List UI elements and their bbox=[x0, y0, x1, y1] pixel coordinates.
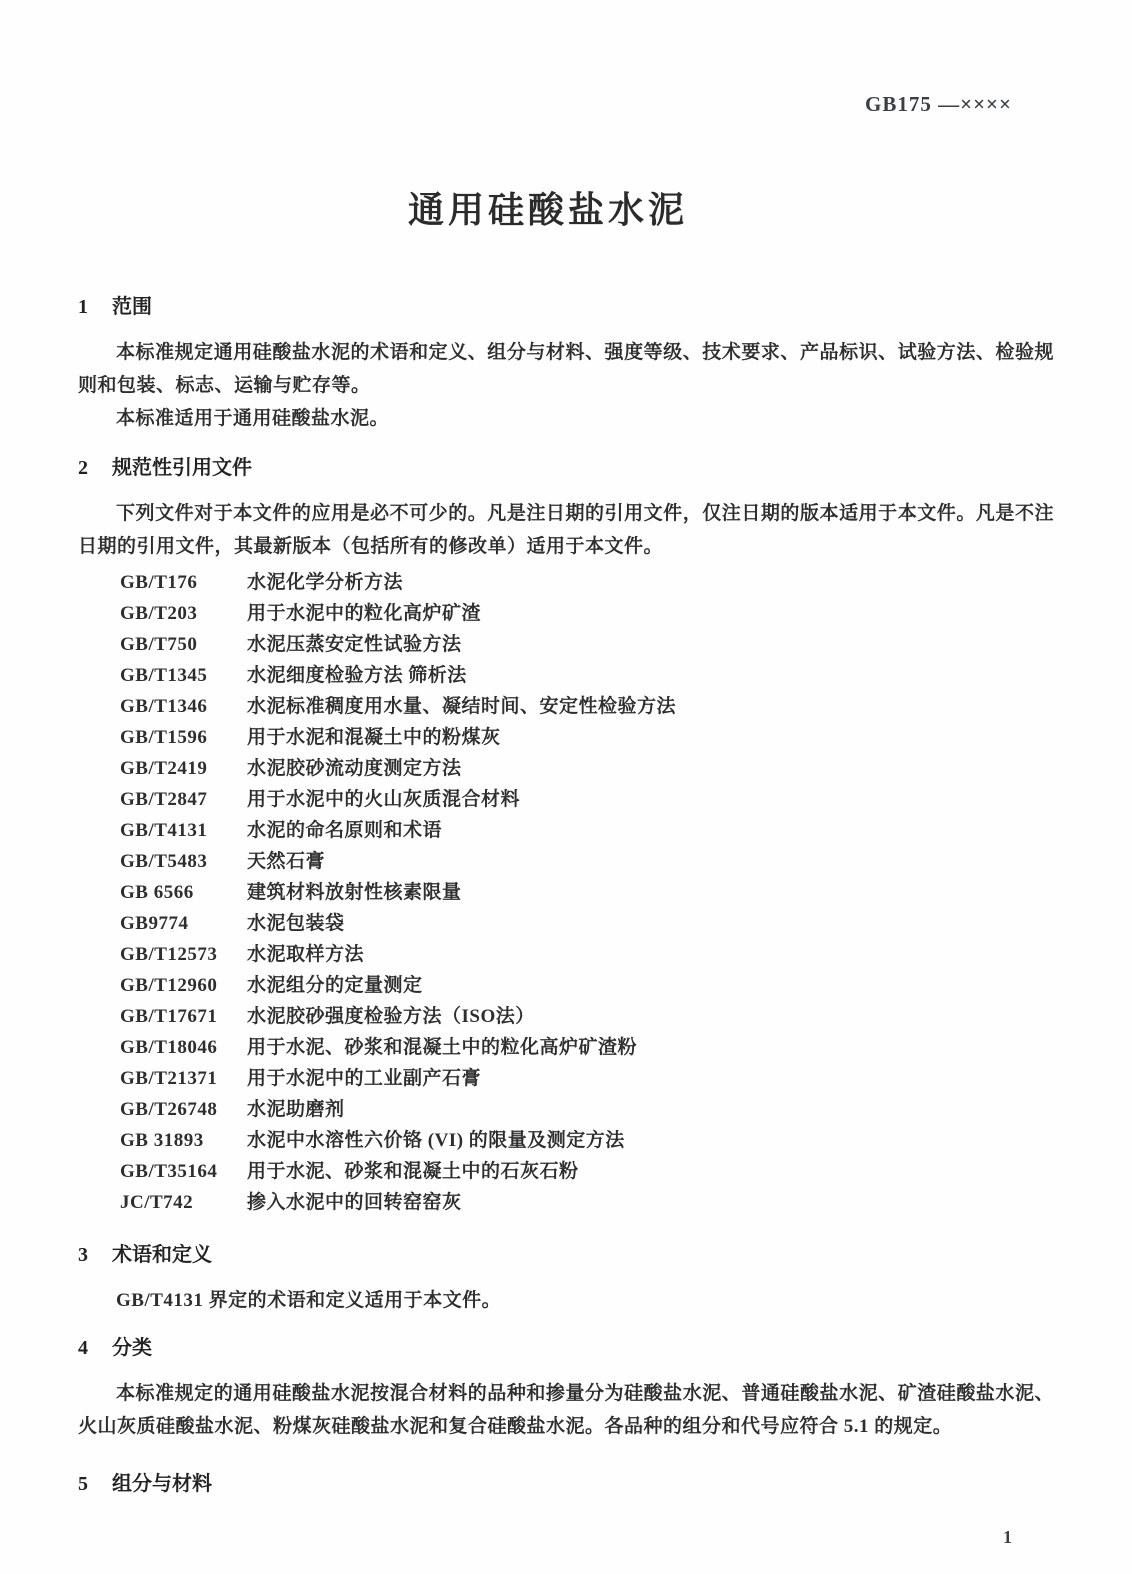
section-5-heading: 5组分与材料 bbox=[78, 1471, 1054, 1497]
reference-row: GB 31893水泥中水溶性六价铬 (VI) 的限量及测定方法 bbox=[120, 1125, 1054, 1156]
reference-row: GB/T12960水泥组分的定量测定 bbox=[120, 970, 1054, 1001]
reference-title: 水泥的命名原则和术语 bbox=[247, 815, 1054, 846]
reference-title: 水泥胶砂强度检验方法（ISO法） bbox=[247, 1001, 1054, 1032]
reference-code: GB9774 bbox=[120, 908, 247, 939]
reference-title: 天然石膏 bbox=[247, 846, 1054, 877]
reference-code: GB 31893 bbox=[120, 1125, 247, 1156]
reference-row: GB 6566建筑材料放射性核素限量 bbox=[120, 877, 1054, 908]
reference-code: GB/T2419 bbox=[120, 753, 247, 784]
section-4-paragraph-1: 本标准规定的通用硅酸盐水泥按混合材料的品种和掺量分为硅酸盐水泥、普通硅酸盐水泥、… bbox=[78, 1377, 1054, 1443]
reference-row: GB/T2847用于水泥中的火山灰质混合材料 bbox=[120, 784, 1054, 815]
reference-title: 水泥包装袋 bbox=[247, 908, 1054, 939]
section-4-heading: 4分类 bbox=[78, 1335, 1054, 1361]
reference-code: GB 6566 bbox=[120, 877, 247, 908]
reference-row: GB/T26748水泥助磨剂 bbox=[120, 1094, 1054, 1125]
document-page: GB175 —×××× 通用硅酸盐水泥 1范围 本标准规定通用硅酸盐水泥的术语和… bbox=[0, 0, 1132, 1574]
reference-title: 水泥化学分析方法 bbox=[247, 567, 1054, 598]
section-2-title: 规范性引用文件 bbox=[112, 457, 252, 479]
reference-title: 掺入水泥中的回转窑窑灰 bbox=[247, 1187, 1054, 1218]
reference-code: GB/T12960 bbox=[120, 970, 247, 1001]
section-1-number: 1 bbox=[78, 294, 112, 320]
reference-code: GB/T2847 bbox=[120, 784, 247, 815]
reference-title: 用于水泥中的火山灰质混合材料 bbox=[247, 784, 1054, 815]
reference-code: GB/T35164 bbox=[120, 1156, 247, 1187]
reference-row: GB/T1345水泥细度检验方法 筛析法 bbox=[120, 660, 1054, 691]
section-3-number: 3 bbox=[78, 1242, 112, 1268]
reference-code: GB/T17671 bbox=[120, 1001, 247, 1032]
reference-row: GB/T21371用于水泥中的工业副产石膏 bbox=[120, 1063, 1054, 1094]
reference-row: GB/T17671水泥胶砂强度检验方法（ISO法） bbox=[120, 1001, 1054, 1032]
reference-title: 用于水泥中的粒化高炉矿渣 bbox=[247, 598, 1054, 629]
document-title: 通用硅酸盐水泥 bbox=[60, 188, 1036, 232]
standard-number: GB175 —×××× bbox=[78, 92, 1054, 116]
reference-row: GB/T5483天然石膏 bbox=[120, 846, 1054, 877]
reference-code: GB/T203 bbox=[120, 598, 247, 629]
section-5-number: 5 bbox=[78, 1471, 112, 1497]
reference-row: GB9774水泥包装袋 bbox=[120, 908, 1054, 939]
section-2-heading: 2规范性引用文件 bbox=[78, 455, 1054, 481]
section-1-title: 范围 bbox=[112, 296, 152, 318]
reference-title: 水泥助磨剂 bbox=[247, 1094, 1054, 1125]
reference-row: GB/T1346水泥标准稠度用水量、凝结时间、安定性检验方法 bbox=[120, 691, 1054, 722]
reference-title: 用于水泥、砂浆和混凝土中的石灰石粉 bbox=[247, 1156, 1054, 1187]
page-number: 1 bbox=[1003, 1527, 1012, 1548]
reference-title: 水泥细度检验方法 筛析法 bbox=[247, 660, 1054, 691]
reference-code: GB/T26748 bbox=[120, 1094, 247, 1125]
reference-row: GB/T1596用于水泥和混凝土中的粉煤灰 bbox=[120, 722, 1054, 753]
reference-title: 水泥胶砂流动度测定方法 bbox=[247, 753, 1054, 784]
section-3-title: 术语和定义 bbox=[112, 1244, 212, 1266]
section-1-paragraph-2: 本标准适用于通用硅酸盐水泥。 bbox=[78, 402, 1054, 435]
section-4-title: 分类 bbox=[112, 1337, 152, 1359]
reference-row: GB/T750水泥压蒸安定性试验方法 bbox=[120, 629, 1054, 660]
reference-row: GB/T4131水泥的命名原则和术语 bbox=[120, 815, 1054, 846]
reference-title: 水泥取样方法 bbox=[247, 939, 1054, 970]
reference-title: 水泥组分的定量测定 bbox=[247, 970, 1054, 1001]
reference-row: GB/T18046用于水泥、砂浆和混凝土中的粒化高炉矿渣粉 bbox=[120, 1032, 1054, 1063]
reference-row: GB/T35164用于水泥、砂浆和混凝土中的石灰石粉 bbox=[120, 1156, 1054, 1187]
section-5-title: 组分与材料 bbox=[112, 1473, 212, 1495]
reference-code: GB/T4131 bbox=[120, 815, 247, 846]
reference-code: GB/T750 bbox=[120, 629, 247, 660]
section-1-paragraph-1: 本标准规定通用硅酸盐水泥的术语和定义、组分与材料、强度等级、技术要求、产品标识、… bbox=[78, 336, 1054, 402]
reference-row: GB/T176水泥化学分析方法 bbox=[120, 567, 1054, 598]
section-2-paragraph-1: 下列文件对于本文件的应用是必不可少的。凡是注日期的引用文件，仅注日期的版本适用于… bbox=[78, 497, 1054, 563]
section-4-number: 4 bbox=[78, 1335, 112, 1361]
reference-code: GB/T1346 bbox=[120, 691, 247, 722]
reference-row: GB/T12573水泥取样方法 bbox=[120, 939, 1054, 970]
reference-row: GB/T2419水泥胶砂流动度测定方法 bbox=[120, 753, 1054, 784]
reference-title: 水泥压蒸安定性试验方法 bbox=[247, 629, 1054, 660]
reference-code: GB/T1596 bbox=[120, 722, 247, 753]
reference-code: GB/T18046 bbox=[120, 1032, 247, 1063]
reference-code: GB/T21371 bbox=[120, 1063, 247, 1094]
reference-title: 建筑材料放射性核素限量 bbox=[247, 877, 1054, 908]
reference-title: 用于水泥和混凝土中的粉煤灰 bbox=[247, 722, 1054, 753]
reference-title: 用于水泥中的工业副产石膏 bbox=[247, 1063, 1054, 1094]
reference-row: GB/T203用于水泥中的粒化高炉矿渣 bbox=[120, 598, 1054, 629]
reference-title: 水泥标准稠度用水量、凝结时间、安定性检验方法 bbox=[247, 691, 1054, 722]
section-2-number: 2 bbox=[78, 455, 112, 481]
reference-title: 用于水泥、砂浆和混凝土中的粒化高炉矿渣粉 bbox=[247, 1032, 1054, 1063]
reference-row: JC/T742掺入水泥中的回转窑窑灰 bbox=[120, 1187, 1054, 1218]
section-3-paragraph-1: GB/T4131 界定的术语和定义适用于本文件。 bbox=[78, 1284, 1054, 1317]
reference-title: 水泥中水溶性六价铬 (VI) 的限量及测定方法 bbox=[247, 1125, 1054, 1156]
normative-references-list: GB/T176水泥化学分析方法 GB/T203用于水泥中的粒化高炉矿渣 GB/T… bbox=[78, 567, 1054, 1218]
section-1-heading: 1范围 bbox=[78, 294, 1054, 320]
reference-code: GB/T176 bbox=[120, 567, 247, 598]
section-3-heading: 3术语和定义 bbox=[78, 1242, 1054, 1268]
reference-code: GB/T12573 bbox=[120, 939, 247, 970]
reference-code: GB/T1345 bbox=[120, 660, 247, 691]
reference-code: JC/T742 bbox=[120, 1187, 247, 1218]
reference-code: GB/T5483 bbox=[120, 846, 247, 877]
